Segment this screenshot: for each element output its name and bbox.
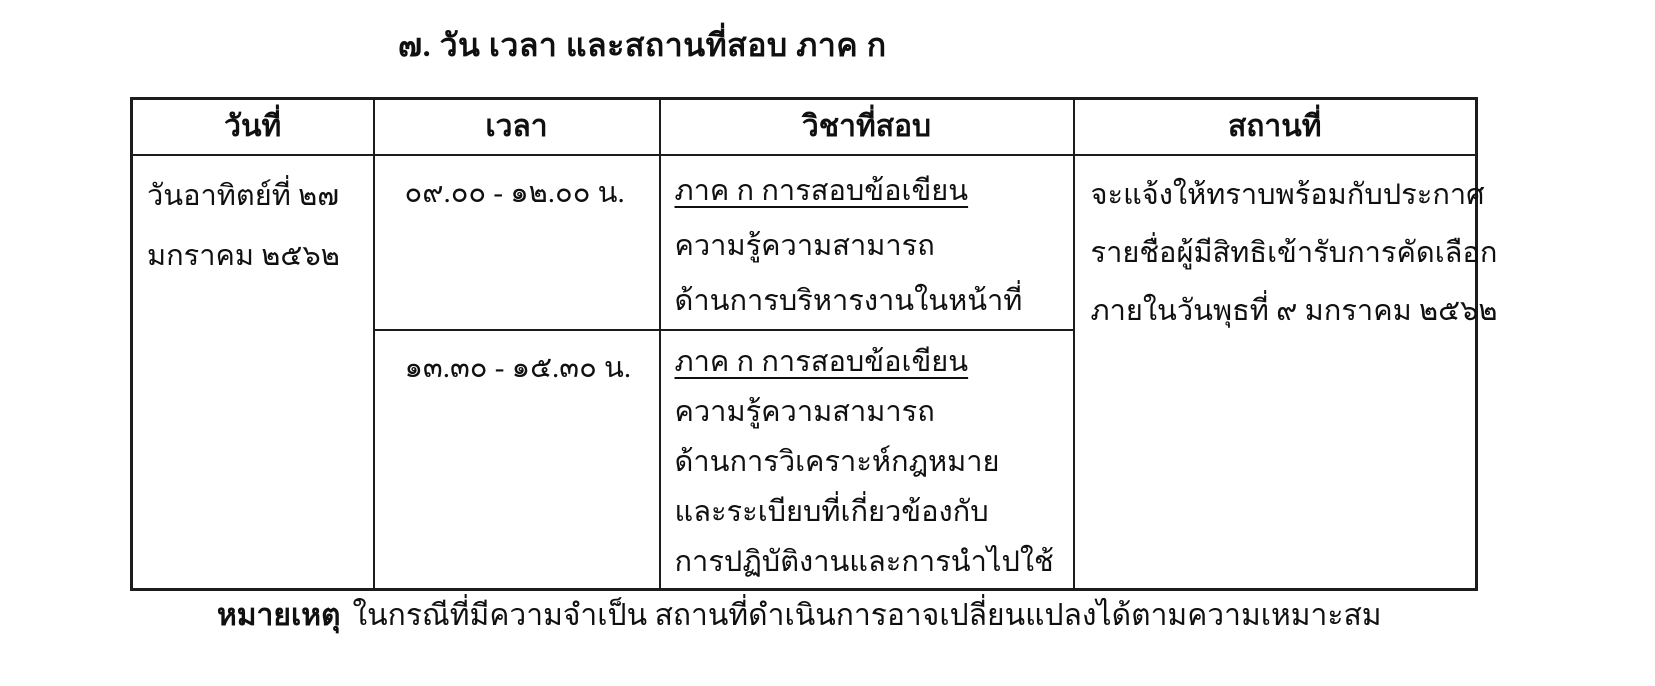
page-title: ๗. วัน เวลา และสถานที่สอบ ภาค ก [398, 20, 887, 71]
table-header-row: วันที่ เวลา วิชาที่สอบ สถานที่ [132, 99, 1477, 155]
session-1-subject-line: ด้านการบริหารงานในหน้าที่ [675, 274, 1073, 329]
exam-date-line: มกราคม ๒๕๖๒ [147, 226, 365, 286]
footnote-label: หมายเหตุ [217, 599, 341, 632]
exam-location-line: ภายในวันพุธที่ ๙ มกราคม ๒๕๖๒ [1091, 282, 1476, 340]
column-header-time: เวลา [374, 99, 660, 155]
session-1-subject-heading: ภาค ก การสอบข้อเขียน [675, 164, 1073, 219]
session-1-time-cell: ๐๙.๐๐ - ๑๒.๐๐ น. [374, 155, 660, 330]
footnote-text: ในกรณีที่มีความจำเป็น สถานที่ดำเนินการอา… [353, 599, 1382, 632]
session-2-subject-line: การปฏิบัติงานและการนำไปใช้ [675, 537, 1073, 587]
column-header-subject: วิชาที่สอบ [660, 99, 1074, 155]
scanned-document-page: ๗. วัน เวลา และสถานที่สอบ ภาค ก วันที่ เ… [0, 0, 1655, 686]
footnote: หมายเหตุในกรณีที่มีความจำเป็น สถานที่ดำเ… [217, 592, 1382, 639]
session-2-subject-line: และระเบียบที่เกี่ยวข้องกับ [675, 487, 1073, 537]
session-1-subject-line: ความรู้ความสามารถ [675, 219, 1073, 274]
exam-date-cell: วันอาทิตย์ที่ ๒๗ มกราคม ๒๕๖๒ [132, 155, 374, 590]
session-2-subject-cell: ภาค ก การสอบข้อเขียน ความรู้ความสามารถ ด… [660, 330, 1074, 590]
session-1-subject-cell: ภาค ก การสอบข้อเขียน ความรู้ความสามารถ ด… [660, 155, 1074, 330]
session-2-subject-heading: ภาค ก การสอบข้อเขียน [675, 337, 1073, 387]
exam-location-line: รายชื่อผู้มีสิทธิเข้ารับการคัดเลือก [1091, 224, 1476, 282]
exam-date-line: วันอาทิตย์ที่ ๒๗ [147, 166, 365, 226]
table-row-session-1: วันอาทิตย์ที่ ๒๗ มกราคม ๒๕๖๒ ๐๙.๐๐ - ๑๒.… [132, 155, 1477, 330]
exam-schedule-table: วันที่ เวลา วิชาที่สอบ สถานที่ วันอาทิตย… [130, 97, 1478, 591]
session-2-time-cell: ๑๓.๓๐ - ๑๕.๓๐ น. [374, 330, 660, 590]
exam-location-cell: จะแจ้งให้ทราบพร้อมกับประกาศ รายชื่อผู้มี… [1074, 155, 1477, 590]
column-header-date: วันที่ [132, 99, 374, 155]
column-header-location: สถานที่ [1074, 99, 1477, 155]
session-2-subject-line: ความรู้ความสามารถ [675, 387, 1073, 437]
exam-location-line: จะแจ้งให้ทราบพร้อมกับประกาศ [1091, 166, 1476, 224]
session-2-subject-line: ด้านการวิเคราะห์กฎหมาย [675, 437, 1073, 487]
